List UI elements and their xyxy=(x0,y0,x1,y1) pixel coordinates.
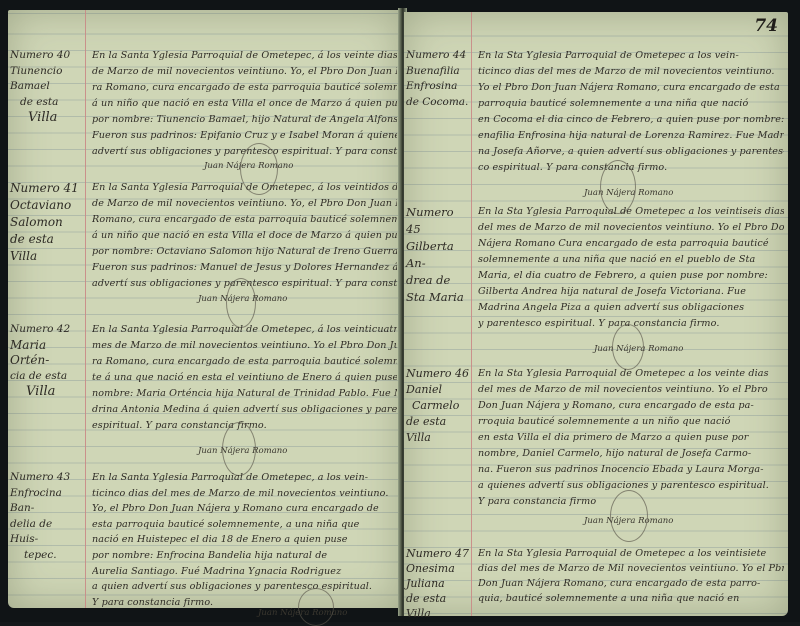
entry-margin-note: Numero 45 Gilberta An- drea de Sta Maria xyxy=(406,204,470,306)
text-line: na. Fueron sus padrinos Inocencio Ebada … xyxy=(478,462,784,478)
text-line: Y para constancia firmo. xyxy=(92,595,397,611)
text-line: de Marzo de mil novecientos veintiuno. Y… xyxy=(92,64,397,80)
entry-name-line: Salomon xyxy=(10,214,82,231)
text-line: En la Santa Yglesia Parroquial de Ometep… xyxy=(92,322,397,338)
text-line: por nombre: Enfrocina Bandelia hija natu… xyxy=(92,548,397,564)
text-line: en Cocoma el dia cinco de Febrero, a qui… xyxy=(478,112,784,128)
entry-name-line: Villa xyxy=(10,110,82,126)
entry-name-line: Buenafilia xyxy=(406,64,470,80)
text-line: Yo, el Pbro Don Juan Nájera y Romano cur… xyxy=(92,501,397,517)
entry-margin-note: Numero 40 Tiunencio Bamael de esta Villa xyxy=(10,48,82,126)
text-line: a quien advertí sus obligaciones y paren… xyxy=(92,579,397,595)
entry-text: En la Santa Yglesia Parroquial de Ometep… xyxy=(92,180,397,292)
entry-name-line: de Cocoma. xyxy=(406,95,470,111)
entry-text: En la Santa Yglesia Parroquial de Ometep… xyxy=(92,48,397,160)
text-line: Madrina Angela Piza a quien advertí sus … xyxy=(478,300,784,316)
entry-margin-note: Numero 42 Maria Ortén- cia de esta Villa xyxy=(10,322,82,400)
entry-text: En la Sta Yglesia Parroquial de Ometepec… xyxy=(478,48,784,176)
text-line: ticinco dias del mes de Marzo de mil nov… xyxy=(92,486,397,502)
entry-name-line: Enfrocina Ban- xyxy=(10,486,82,517)
margin-rule xyxy=(85,10,86,608)
signature-rubric xyxy=(222,422,256,476)
signature-rubric xyxy=(612,324,644,370)
text-line: Fueron sus padrinos: Manuel de Jesus y D… xyxy=(92,260,397,276)
entry-name-line: de esta Villa xyxy=(406,414,470,446)
text-line: En la Santa Yglesia Parroquial de Ometep… xyxy=(92,48,397,64)
entry-name-line: Maria Ortén- xyxy=(10,338,82,369)
entry-text: En la Santa Yglesia Parroquial de Ometep… xyxy=(92,322,397,434)
margin-rule xyxy=(471,12,472,616)
entry-name-line: Gilberta An- xyxy=(406,238,470,272)
text-line: na Josefa Añorve, a quien advertí sus ob… xyxy=(478,144,784,160)
text-line: Yo el Pbro Don Juan Nájera Romano, cura … xyxy=(478,80,784,96)
text-line: por nombre: Octaviano Salomon hijo Natur… xyxy=(92,244,397,260)
entry-text: En la Santa Yglesia Parroquial de Ometep… xyxy=(92,470,397,610)
text-line: por nombre: Tiunencio Bamael, hijo Natur… xyxy=(92,112,397,128)
entry-name: Tiunencio Bamael xyxy=(10,64,82,95)
page-number: 74 xyxy=(754,16,778,36)
entry-name-line: tepec. xyxy=(10,548,82,564)
entry-text: En la Sta Yglesia Parroquial de Ometepec… xyxy=(478,366,784,510)
signature-rubric xyxy=(298,588,334,622)
signature-rubric xyxy=(226,278,256,328)
entry-number: Numero 47 xyxy=(406,546,470,561)
entry-number: Numero 41 xyxy=(10,180,82,197)
text-line: en esta Villa el dia primero de Marzo a … xyxy=(478,430,784,446)
entry-name-line: Daniel xyxy=(406,382,470,398)
signature-rubric xyxy=(610,490,648,542)
text-line: dias del mes de Marzo de Mil novecientos… xyxy=(478,561,784,576)
text-line: á un niño que nació en esta Villa el doc… xyxy=(92,228,397,244)
text-line: enafilia Enfrosina hija natural de Loren… xyxy=(478,128,784,144)
text-line: En la Sta Yglesia Parroquial de Ometepec… xyxy=(478,546,784,561)
entry-margin-note: Numero 44 Buenafilia Enfrosina de Cocoma… xyxy=(406,48,470,110)
entry-margin-note: Numero 47 Onesima Juliana de esta Villa xyxy=(406,546,470,621)
entry-name-line: Carmelo xyxy=(406,398,470,414)
entry-number: Numero 42 xyxy=(10,322,82,338)
text-line: del mes de Marzo de mil novecientos vein… xyxy=(478,220,784,236)
text-line: ra Romano, cura encargado de esta parroq… xyxy=(92,354,397,370)
entry-name-line: Sta Maria xyxy=(406,289,470,306)
text-line: Don Juan Nájera y Romano, cura encargado… xyxy=(478,398,784,414)
text-line: mes de Marzo de mil novecientos veintiun… xyxy=(92,338,397,354)
entry-margin-note: Numero 43 Enfrocina Ban- delia de Huis- … xyxy=(10,470,82,563)
text-line: ra Romano, cura encargado de esta parroq… xyxy=(92,80,397,96)
entry-name-line: Enfrosina xyxy=(406,79,470,95)
text-line: Maria, el dia cuatro de Febrero, a quien… xyxy=(478,268,784,284)
entry-margin-note: Numero 46 Daniel Carmelo de esta Villa xyxy=(406,366,470,446)
text-line: Nájera Romano Cura encargado de esta par… xyxy=(478,236,784,252)
text-line: ticinco dias del mes de Marzo de mil nov… xyxy=(478,64,784,80)
text-line: Romano, cura encargado de esta parroquia… xyxy=(92,212,397,228)
text-line: En la Sta Yglesia Parroquial de Ometepec… xyxy=(478,366,784,382)
entry-name-line: de esta Villa xyxy=(406,591,470,621)
text-line: En la Santa Yglesia Parroquial de Ometep… xyxy=(92,470,397,486)
text-line: rroquia bauticé solemnemente a un niño q… xyxy=(478,414,784,430)
text-line: de Marzo de mil novecientos veintiuno. Y… xyxy=(92,196,397,212)
entry-text: En la Sta Yglesia Parroquial de Ometepec… xyxy=(478,546,784,606)
text-line: drina Antonia Medina á quien advertí sus… xyxy=(92,402,397,418)
entry-number: Numero 44 xyxy=(406,48,470,64)
entry-name-line: de esta Villa xyxy=(10,231,82,265)
text-line: Fueron sus padrinos: Epifanio Cruz y e I… xyxy=(92,128,397,144)
entry-margin-note: Numero 41 Octaviano Salomon de esta Vill… xyxy=(10,180,82,265)
entry-name-line: Villa xyxy=(10,384,82,400)
entry-name-line: Onesima xyxy=(406,561,470,576)
entry-number: Numero 43 xyxy=(10,470,82,486)
text-line: Aurelia Santiago. Fué Madrina Ygnacia Ro… xyxy=(92,564,397,580)
entry-name-line: de esta xyxy=(10,95,82,111)
text-line: En la Sta Yglesia Parroquial de Ometepec… xyxy=(478,48,784,64)
text-line: Don Juan Nájera Romano, cura encargado d… xyxy=(478,576,784,591)
text-line: quia, bauticé solemnemente a una niña qu… xyxy=(478,591,784,606)
entry-number: Numero 40 xyxy=(10,48,82,64)
text-line: Gilberta Andrea hija natural de Josefa V… xyxy=(478,284,784,300)
left-page: Numero 40 Tiunencio Bamael de esta Villa… xyxy=(8,10,401,608)
register-spread: Numero 40 Tiunencio Bamael de esta Villa… xyxy=(0,0,800,622)
text-line: En la Santa Yglesia Parroquial de Ometep… xyxy=(92,180,397,196)
entry-name-line: Juliana xyxy=(406,576,470,591)
text-line: solemnemente a una niña que nació en el … xyxy=(478,252,784,268)
entry-name-line: Octaviano xyxy=(10,197,82,214)
entry-name-line: cia de esta xyxy=(10,369,82,385)
entry-number: Numero 45 xyxy=(406,204,470,238)
right-page: 74 Numero 44 Buenafilia Enfrosina de Coc… xyxy=(404,12,788,616)
entry-text: En la Sta Yglesia Parroquial de Ometepec… xyxy=(478,204,784,332)
text-line: nombre, Daniel Carmelo, hijo natural de … xyxy=(478,446,784,462)
text-line: nombre: Maria Orténcia hija Natural de T… xyxy=(92,386,397,402)
entry-name-line: delia de Huis- xyxy=(10,517,82,548)
text-line: nació en Huistepec el dia 18 de Enero a … xyxy=(92,532,397,548)
text-line: En la Sta Yglesia Parroquial de Ometepec… xyxy=(478,204,784,220)
entry-number: Numero 46 xyxy=(406,366,470,382)
text-line: te á una que nació en esta el veintiuno … xyxy=(92,370,397,386)
text-line: á un niño que nació en esta Villa el onc… xyxy=(92,96,397,112)
entry-name-line: drea de xyxy=(406,272,470,289)
text-line: esta parroquia bauticé solemnemente, a u… xyxy=(92,517,397,533)
text-line: del mes de Marzo de mil novecientos vein… xyxy=(478,382,784,398)
text-line: parroquia bauticé solemnemente a una niñ… xyxy=(478,96,784,112)
